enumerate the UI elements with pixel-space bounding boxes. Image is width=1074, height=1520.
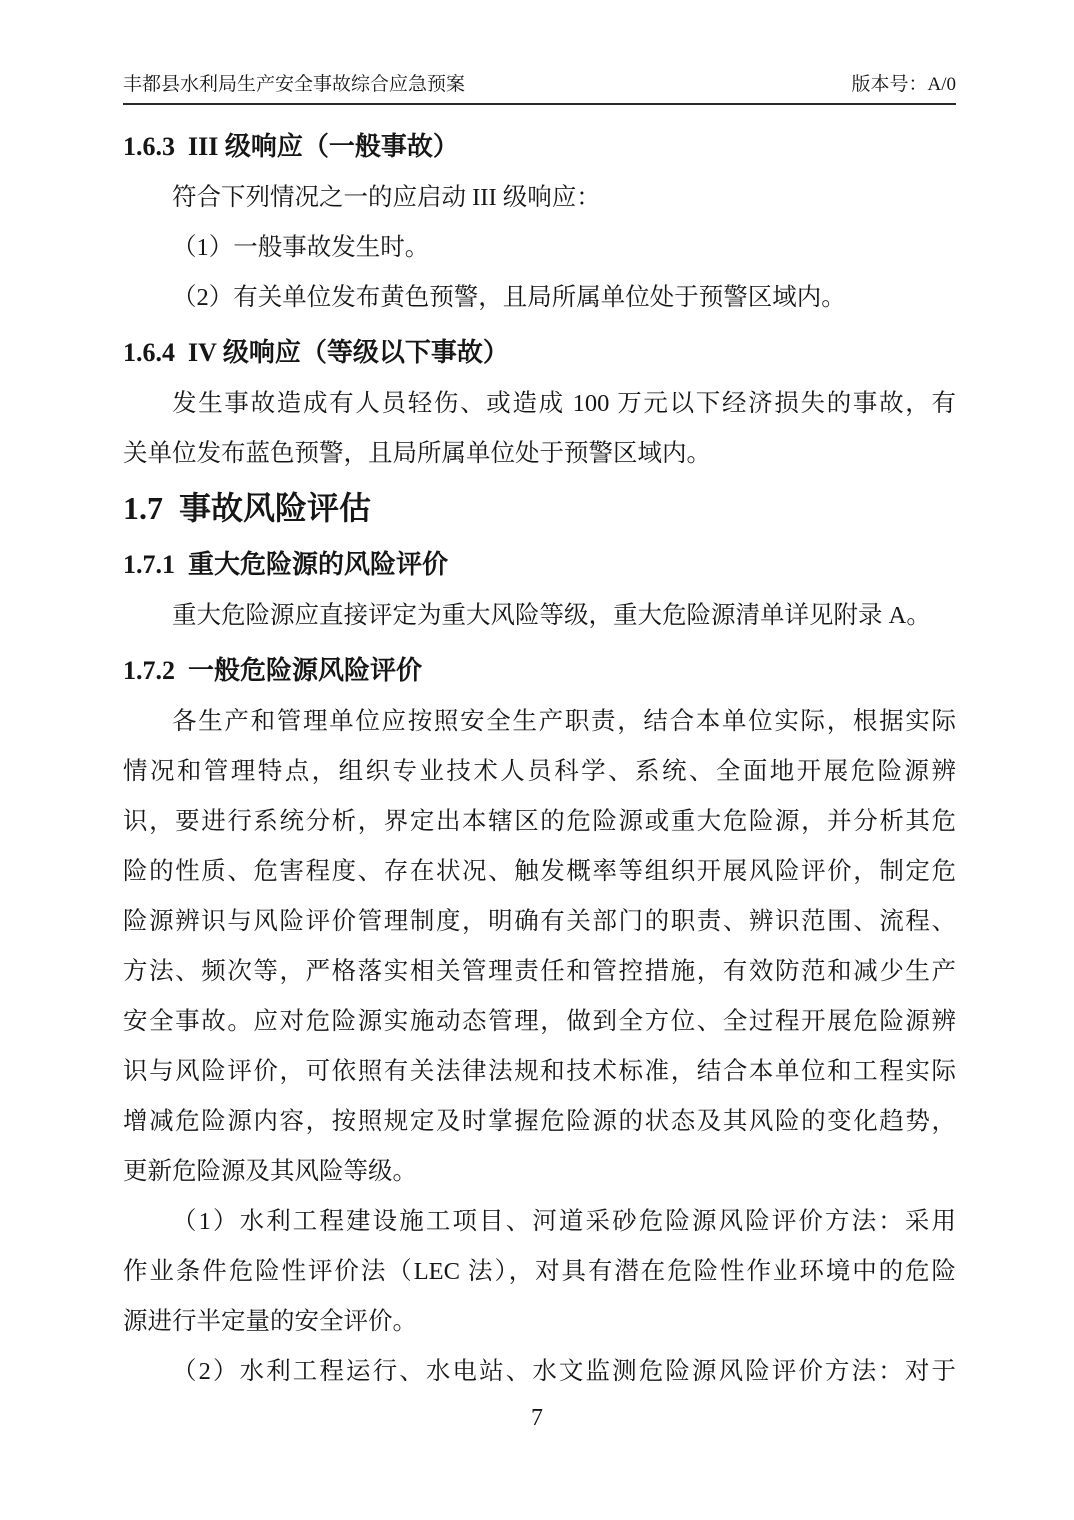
para-1-7-2-item-2-line-1: （2）水利工程运行、水电站、水文监测危险源风险评价方法：对于 — [123, 1347, 956, 1397]
para-1-7-2-line-10: 更新危险源及其风险等级。 — [123, 1147, 956, 1197]
para-1-7-2-line-6: 方法、频次等，严格落实相关管理责任和管控措施，有效防范和减少生产 — [123, 947, 956, 997]
para-1-6-3-item-1: （1）一般事故发生时。 — [123, 223, 956, 273]
page-header: 丰都县水利局生产安全事故综合应急预案 版本号：A/0 — [123, 73, 956, 105]
para-1-7-2-line-2: 情况和管理特点，组织专业技术人员科学、系统、全面地开展危险源辨 — [123, 747, 956, 797]
para-1-7-2-item-1-line-2: 作业条件危险性评价法（LEC 法），对具有潜在危险性作业环境中的危险 — [123, 1247, 956, 1297]
para-1-7-2-line-9: 增减危险源内容，按照规定及时掌握危险源的状态及其风险的变化趋势， — [123, 1097, 956, 1147]
page-body: 1.6.3 III 级响应（一般事故） 符合下列情况之一的应启动 III 级响应… — [123, 105, 956, 1397]
header-version-label: 版本号：A/0 — [851, 73, 956, 97]
heading-1-7-2: 1.7.2 一般危险源风险评价 — [123, 645, 956, 697]
para-1-7-2-line-5: 险源辨识与风险评价管理制度，明确有关部门的职责、辨识范围、流程、 — [123, 897, 956, 947]
heading-1-6-4: 1.6.4 IV 级响应（等级以下事故） — [123, 327, 956, 379]
document-page: 丰都县水利局生产安全事故综合应急预案 版本号：A/0 1.6.3 III 级响应… — [0, 0, 1074, 1520]
para-1-7-2-line-7: 安全事故。应对危险源实施动态管理，做到全方位、全过程开展危险源辨 — [123, 997, 956, 1047]
para-1-7-2-line-3: 识，要进行系统分析，界定出本辖区的危险源或重大危险源，并分析其危 — [123, 797, 956, 847]
para-1-7-2-line-1: 各生产和管理单位应按照安全生产职责，结合本单位实际，根据实际 — [123, 697, 956, 747]
heading-1-6-3: 1.6.3 III 级响应（一般事故） — [123, 121, 956, 173]
para-1-6-3-item-2: （2）有关单位发布黄色预警，且局所属单位处于预警区域内。 — [123, 273, 956, 323]
para-1-6-4-line-2: 关单位发布蓝色预警，且局所属单位处于预警区域内。 — [123, 429, 956, 479]
para-1-7-2-line-8: 识与风险评价，可依照有关法律法规和技术标准，结合本单位和工程实际 — [123, 1047, 956, 1097]
header-doc-title: 丰都县水利局生产安全事故综合应急预案 — [123, 73, 465, 97]
para-1-6-3-intro: 符合下列情况之一的应启动 III 级响应： — [123, 173, 956, 223]
para-1-7-2-item-1-line-3: 源进行半定量的安全评价。 — [123, 1297, 956, 1347]
para-1-7-1: 重大危险源应直接评定为重大风险等级，重大危险源清单详见附录 A。 — [123, 591, 956, 641]
para-1-7-2-line-4: 险的性质、危害程度、存在状况、触发概率等组织开展风险评价，制定危 — [123, 847, 956, 897]
para-1-7-2-item-1-line-1: （1）水利工程建设施工项目、河道采砂危险源风险评价方法：采用 — [123, 1197, 956, 1247]
heading-1-7-1: 1.7.1 重大危险源的风险评价 — [123, 539, 956, 591]
heading-1-7: 1.7 事故风险评估 — [123, 481, 956, 535]
page-number: 7 — [0, 1404, 1074, 1432]
para-1-6-4-line-1: 发生事故造成有人员轻伤、或造成 100 万元以下经济损失的事故，有 — [123, 379, 956, 429]
